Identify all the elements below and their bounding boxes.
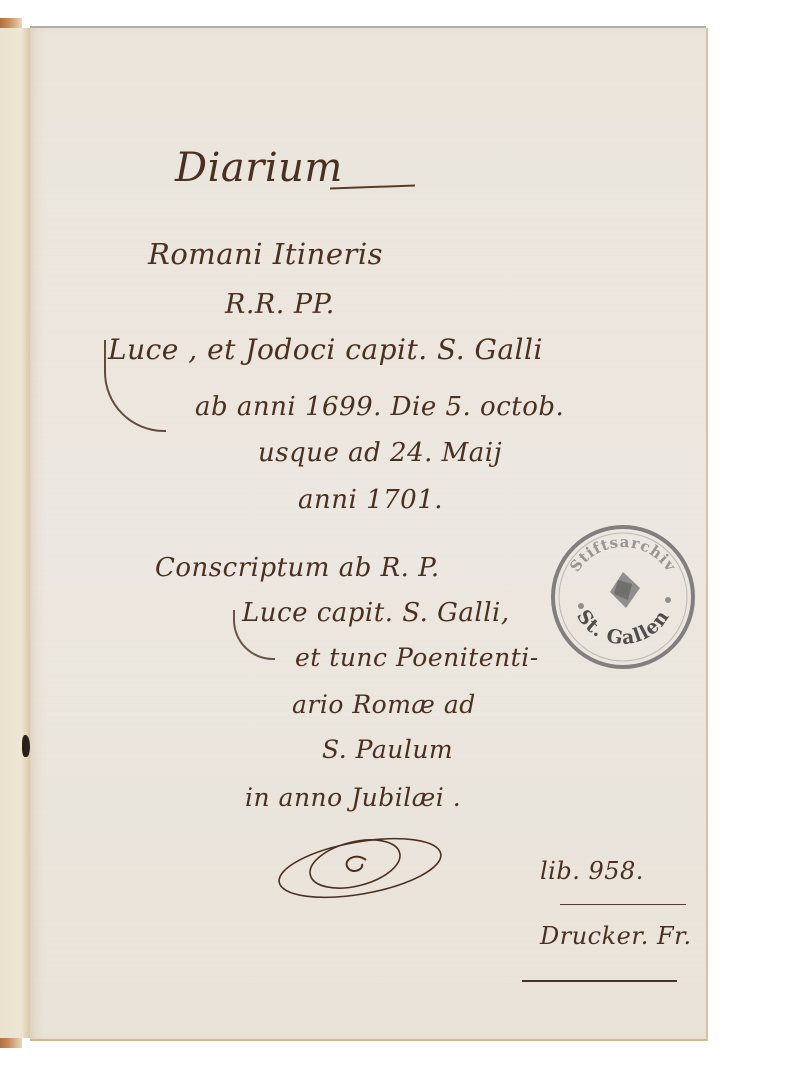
colophon-line-4: ario Romæ ad: [292, 690, 476, 719]
title-line-4: ab anni 1699. Die 5. octob.: [195, 392, 564, 422]
colophon-line-6: in anno Jubilæi .: [245, 783, 461, 812]
title-line-6: anni 1701.: [298, 485, 443, 515]
end-flourish-icon: [270, 830, 470, 910]
shelfmark-note: Drucker. Fr.: [540, 922, 692, 950]
svg-text:St. Gallen: St. Gallen: [572, 606, 674, 650]
archive-stamp: Stiftsarchiv St. Gallen: [548, 522, 698, 672]
bear-emblem-icon: [610, 572, 640, 608]
flyleaf-edge: [0, 28, 31, 1038]
shelfmark-rule-1: [560, 904, 686, 905]
colophon-line-3: et tunc Poenitenti-: [295, 643, 539, 672]
colophon-line-2: Luce capit. S. Galli,: [242, 598, 510, 628]
title-line-3: Luce , et Jodoci capit. S. Galli: [108, 333, 543, 366]
gutter-ink-blot: [22, 735, 30, 757]
title-line-1: Romani Itineris: [148, 237, 383, 271]
colophon-line-5: S. Paulum: [322, 735, 453, 764]
manuscript-title: Diarium: [175, 145, 343, 191]
colophon-line-1: Conscriptum ab R. P.: [155, 553, 440, 583]
stamp-bottom-text: St. Gallen: [572, 606, 674, 650]
shelfmark-number: lib. 958.: [540, 857, 644, 885]
shelfmark-rule-2: [522, 980, 677, 982]
title-line-2: R.R. PP.: [225, 289, 335, 320]
title-line-5: usque ad 24. Maij: [258, 438, 502, 468]
